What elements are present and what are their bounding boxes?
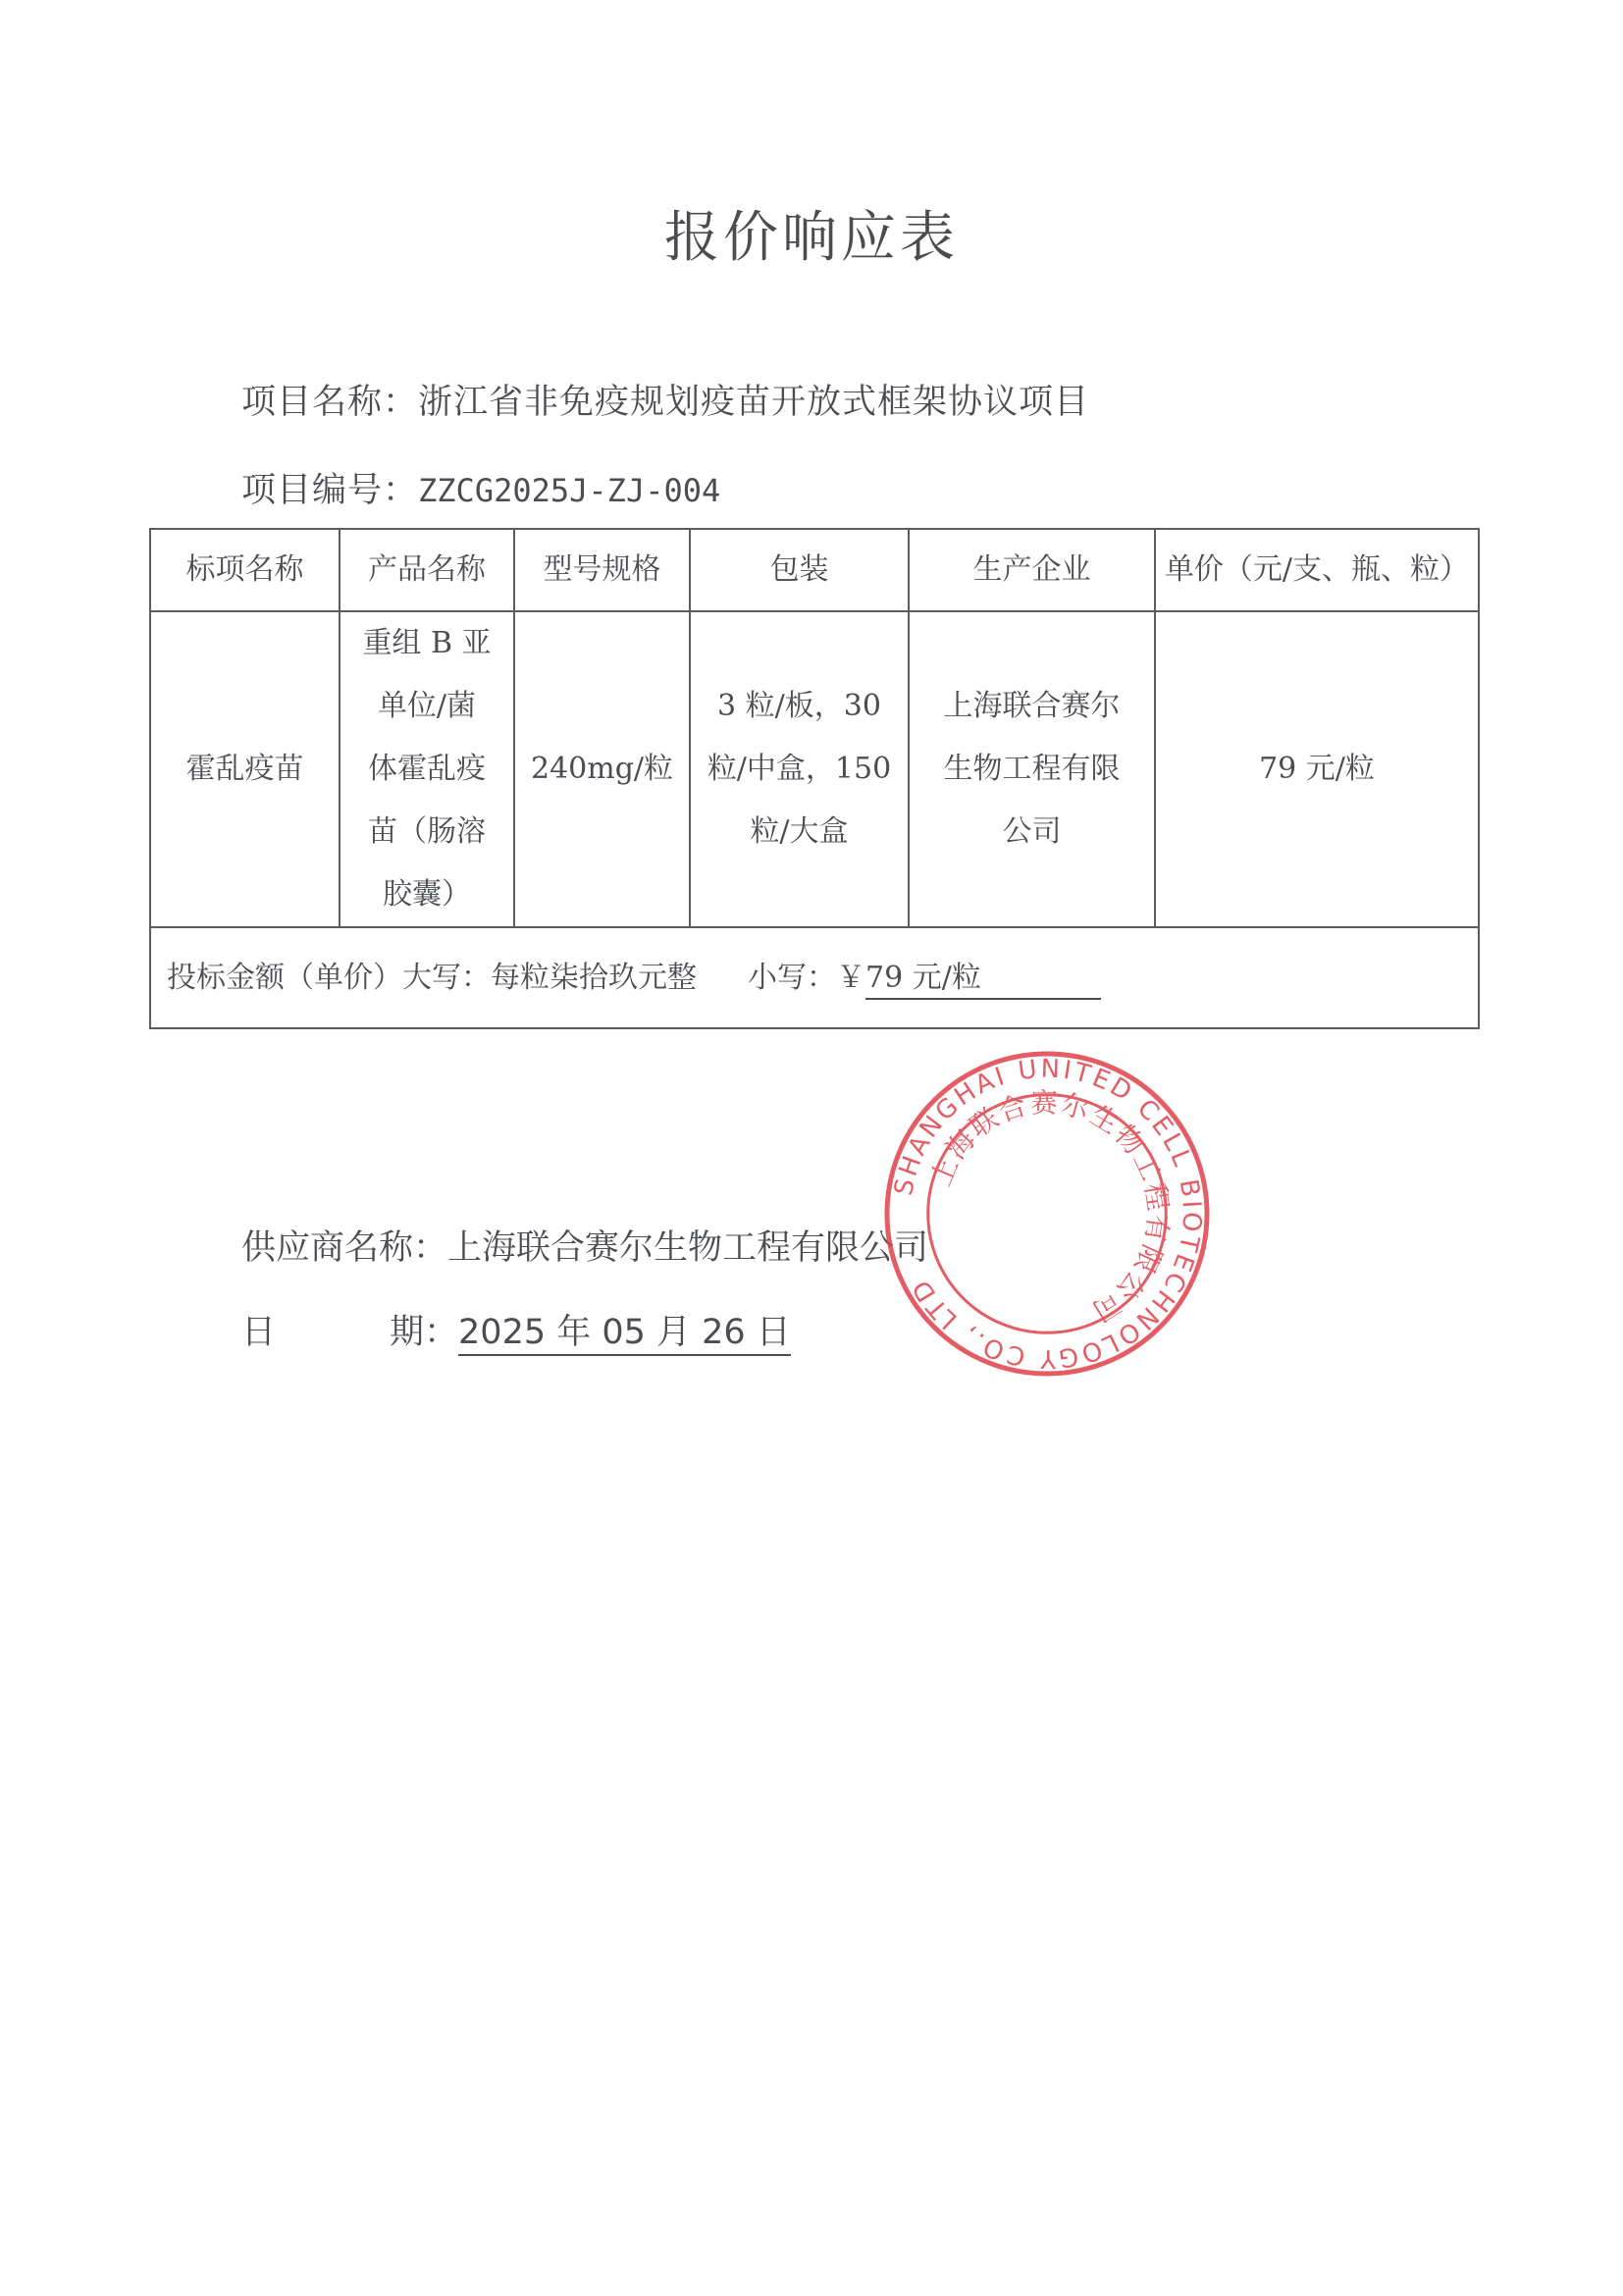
table-row: 霍乱疫苗 重组 B 亚 单位/菌 体霍乱疫 苗（肠溶 胶囊） 240mg/粒 3… (150, 611, 1479, 927)
bid-amount-lowercase: 79 元/粒 (865, 959, 1101, 1000)
svg-text:上海联合赛尔生物工程有限公司: 上海联合赛尔生物工程有限公司 (924, 1086, 1175, 1329)
seal-outer-text: SHANGHAI UNITED CELL BIOTECHNOLOGY CO., … (889, 1054, 1207, 1373)
header-product-name: 产品名称 (340, 529, 514, 611)
company-seal-icon: SHANGHAI UNITED CELL BIOTECHNOLOGY CO., … (881, 1048, 1213, 1380)
bid-amount-uppercase: 每粒柒拾玖元整 (491, 961, 697, 995)
document-title: 报价响应表 (0, 194, 1623, 273)
date-value: 2025 年 05 月 26 日 (458, 1313, 791, 1356)
packaging-line: 粒/大盒 (697, 801, 902, 863)
header-unit-price: 单价（元/支、瓶、粒） (1155, 529, 1479, 611)
bid-amount-label: 投标金额（单价）大写： (167, 961, 491, 995)
project-name-value: 浙江省非免疫规划疫苗开放式框架协议项目 (418, 383, 1089, 422)
manufacturer-line: 生物工程有限 (916, 738, 1148, 801)
bid-amount-lowercase-label: 小写：￥ (748, 961, 865, 995)
cell-manufacturer: 上海联合赛尔 生物工程有限 公司 (909, 611, 1155, 927)
product-name-line: 单位/菌 (346, 675, 507, 738)
date-line: 日期：2025 年 05 月 26 日 (241, 1305, 791, 1354)
packaging-line: 3 粒/板，30 (697, 675, 902, 738)
header-packaging: 包装 (690, 529, 909, 611)
supplier-name-line: 供应商名称：上海联合赛尔生物工程有限公司 (241, 1221, 928, 1270)
seal-inner-text: 上海联合赛尔生物工程有限公司 (924, 1086, 1175, 1329)
svg-text:SHANGHAI UNITED CELL BIOTECHNO: SHANGHAI UNITED CELL BIOTECHNOLOGY CO., … (889, 1054, 1207, 1373)
quote-table: 标项名称 产品名称 型号规格 包装 生产企业 单价（元/支、瓶、粒） 霍乱疫苗 … (149, 528, 1480, 1029)
supplier-name-value: 上海联合赛尔生物工程有限公司 (447, 1228, 928, 1268)
supplier-name-label: 供应商名称： (241, 1228, 447, 1268)
manufacturer-line: 公司 (916, 801, 1148, 863)
cell-packaging: 3 粒/板，30 粒/中盒，150 粒/大盒 (690, 611, 909, 927)
header-spec: 型号规格 (514, 529, 690, 611)
product-name-line: 苗（肠溶 (346, 801, 507, 863)
table-header-row: 标项名称 产品名称 型号规格 包装 生产企业 单价（元/支、瓶、粒） (150, 529, 1479, 611)
header-manufacturer: 生产企业 (909, 529, 1155, 611)
cell-unit-price: 79 元/粒 (1155, 611, 1479, 927)
project-name-label: 项目名称： (241, 383, 418, 422)
product-name-line: 胶囊） (346, 863, 507, 926)
manufacturer-line: 上海联合赛尔 (916, 675, 1148, 738)
cell-product-name: 重组 B 亚 单位/菌 体霍乱疫 苗（肠溶 胶囊） (340, 611, 514, 927)
cell-bid-amount: 投标金额（单价）大写：每粒柒拾玖元整小写：￥ 79 元/粒 (150, 927, 1479, 1028)
date-label-first: 日 (241, 1313, 276, 1352)
header-lot-name: 标项名称 (150, 529, 340, 611)
product-name-line: 重组 B 亚 (346, 612, 507, 675)
packaging-line: 粒/中盒，150 (697, 738, 902, 801)
table-total-row: 投标金额（单价）大写：每粒柒拾玖元整小写：￥ 79 元/粒 (150, 927, 1479, 1028)
date-label-second: 期： (390, 1313, 458, 1352)
cell-spec: 240mg/粒 (514, 611, 690, 927)
project-code-line: 项目编号：ZZCG2025J-ZJ-004 (241, 463, 720, 512)
project-name-line: 项目名称：浙江省非免疫规划疫苗开放式框架协议项目 (241, 375, 1089, 424)
project-code-value: ZZCG2025J-ZJ-004 (418, 472, 720, 509)
product-name-line: 体霍乱疫 (346, 738, 507, 801)
cell-lot-name: 霍乱疫苗 (150, 611, 340, 927)
project-code-label: 项目编号： (241, 471, 418, 510)
